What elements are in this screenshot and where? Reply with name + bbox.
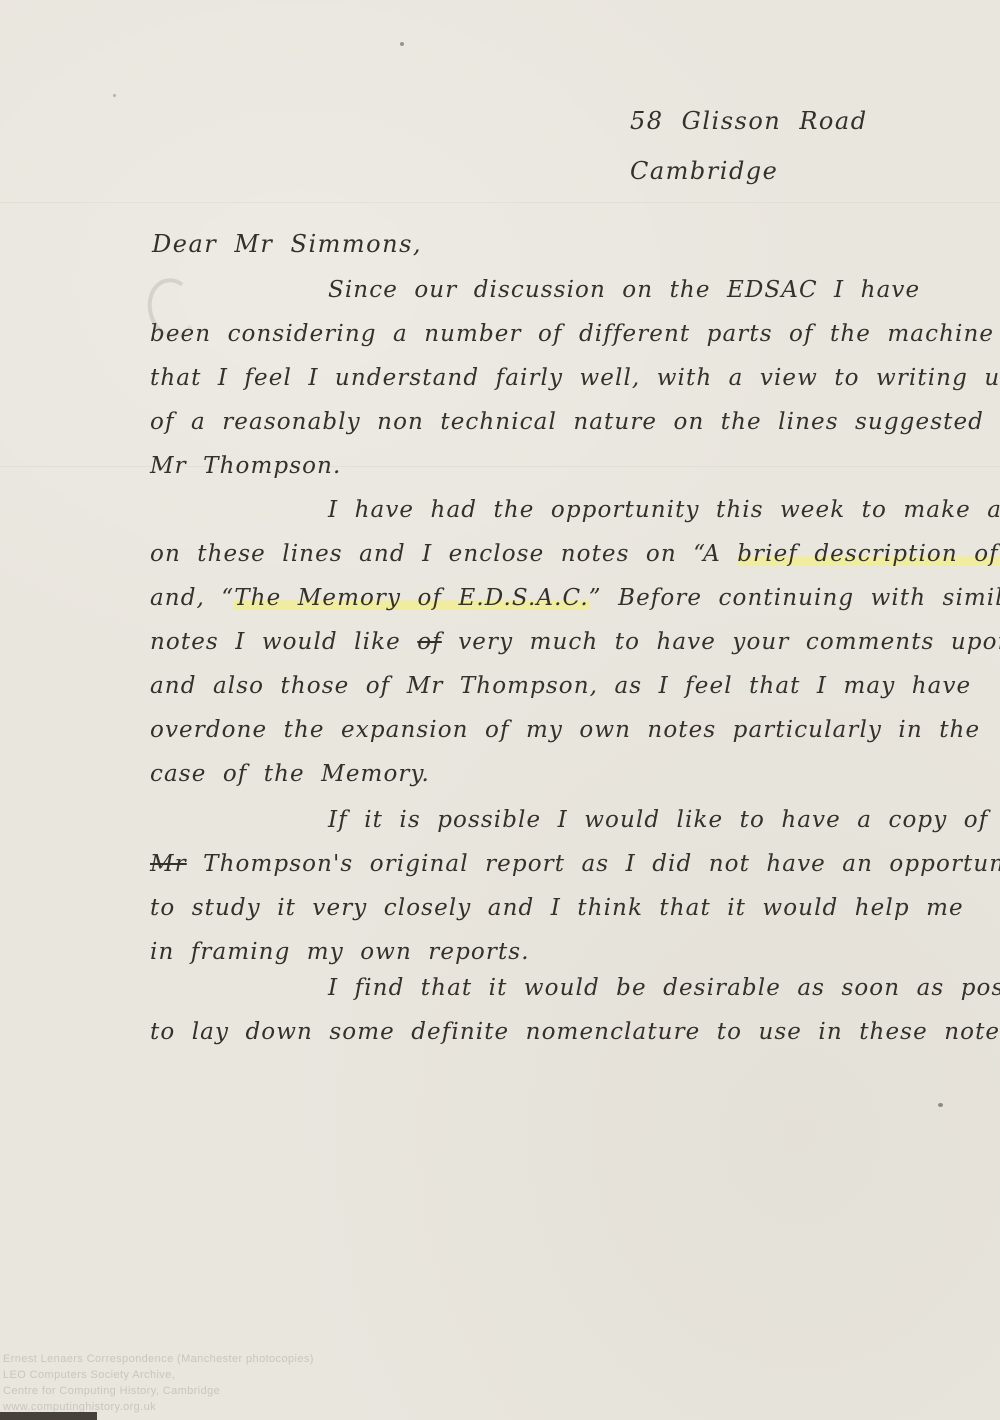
letter-line: I have had the opportunity this week to … <box>150 488 995 532</box>
salutation: Dear Mr Simmons, <box>152 230 422 258</box>
paragraph: Since our discussion on the EDSAC I have… <box>150 268 995 488</box>
address-line: 58 Glisson Road <box>630 96 868 146</box>
watermark-line: Centre for Computing History, Cambridge <box>3 1383 314 1399</box>
text-segment: case of the Memory. <box>150 761 430 787</box>
text-segment: and, “ <box>150 585 234 611</box>
struck-word: Mr <box>150 851 187 877</box>
text-segment: and also those of Mr Thompson, as I feel… <box>150 673 971 699</box>
text-segment: of a reasonably non technical nature on … <box>150 409 1000 435</box>
paper-speck <box>400 42 404 46</box>
text-segment: on these lines and I enclose notes on “A <box>150 541 737 567</box>
archive-watermark: Ernest Lenaers Correspondence (Mancheste… <box>3 1351 314 1415</box>
text-segment: that I feel I understand fairly well, wi… <box>150 365 1000 391</box>
text-segment: notes I would like <box>150 629 417 655</box>
letter-line: that I feel I understand fairly well, wi… <box>150 356 995 400</box>
paragraph: If it is possible I would like to have a… <box>150 798 995 974</box>
text-segment: Since our discussion on the EDSAC I have <box>328 277 920 303</box>
letter-line: and, “The Memory of E.D.S.A.C.” Before c… <box>150 576 995 620</box>
letter-line: case of the Memory. <box>150 752 995 796</box>
letter-line: overdone the expansion of my own notes p… <box>150 708 995 752</box>
letter-line: notes I would like of very much to have … <box>150 620 995 664</box>
letter-line: Mr Thompson. <box>150 444 995 488</box>
text-segment: If it is possible I would like to have a… <box>328 807 988 833</box>
struck-word: of <box>417 629 442 655</box>
text-segment: Thompson's original report as I did not … <box>187 851 1000 877</box>
text-segment: to lay down some definite nomenclature t… <box>150 1019 1000 1045</box>
letter-line: been considering a number of different p… <box>150 312 995 356</box>
text-segment: to study it very closely and I think tha… <box>150 895 964 921</box>
letter-line: Mr Thompson's original report as I did n… <box>150 842 995 886</box>
text-segment: I find that it would be desirable as soo… <box>328 975 1000 1001</box>
text-segment: ” Before continuing with similar <box>589 585 1000 611</box>
watermark-line: Ernest Lenaers Correspondence (Mancheste… <box>3 1351 314 1367</box>
highlighted-phrase: brief description of EDSAC <box>737 541 1000 567</box>
paper-speck <box>938 1103 943 1107</box>
letter-line: Since our discussion on the EDSAC I have <box>150 268 995 312</box>
address-line: Cambridge <box>630 146 868 196</box>
text-segment: Mr Thompson. <box>150 453 341 479</box>
letter-line: If it is possible I would like to have a… <box>150 798 995 842</box>
watermark-line: LEO Computers Society Archive, <box>3 1367 314 1383</box>
text-segment: very much to have your comments upon the… <box>442 629 1000 655</box>
paper-crease <box>0 202 1000 203</box>
text-segment: overdone the expansion of my own notes p… <box>150 717 980 743</box>
letter-page: 58 Glisson RoadCambridge Dear Mr Simmons… <box>0 0 1000 1420</box>
scan-edge-bar <box>0 1412 97 1420</box>
letter-line: of a reasonably non technical nature on … <box>150 400 995 444</box>
text-segment: been considering a number of different p… <box>150 321 994 347</box>
letter-line: on these lines and I enclose notes on “A… <box>150 532 995 576</box>
letter-line: to lay down some definite nomenclature t… <box>150 1010 995 1054</box>
letter-line: I find that it would be desirable as soo… <box>150 966 995 1010</box>
sender-address: 58 Glisson RoadCambridge <box>630 96 868 196</box>
paragraph: I have had the opportunity this week to … <box>150 488 995 796</box>
paragraph: I find that it would be desirable as soo… <box>150 966 995 1054</box>
text-segment: I have had the opportunity this week to … <box>328 497 1000 523</box>
text-segment: in framing my own reports. <box>150 939 530 965</box>
letter-line: and also those of Mr Thompson, as I feel… <box>150 664 995 708</box>
letter-line: to study it very closely and I think tha… <box>150 886 995 930</box>
paper-speck <box>113 94 116 97</box>
highlighted-phrase: The Memory of E.D.S.A.C. <box>234 585 589 611</box>
